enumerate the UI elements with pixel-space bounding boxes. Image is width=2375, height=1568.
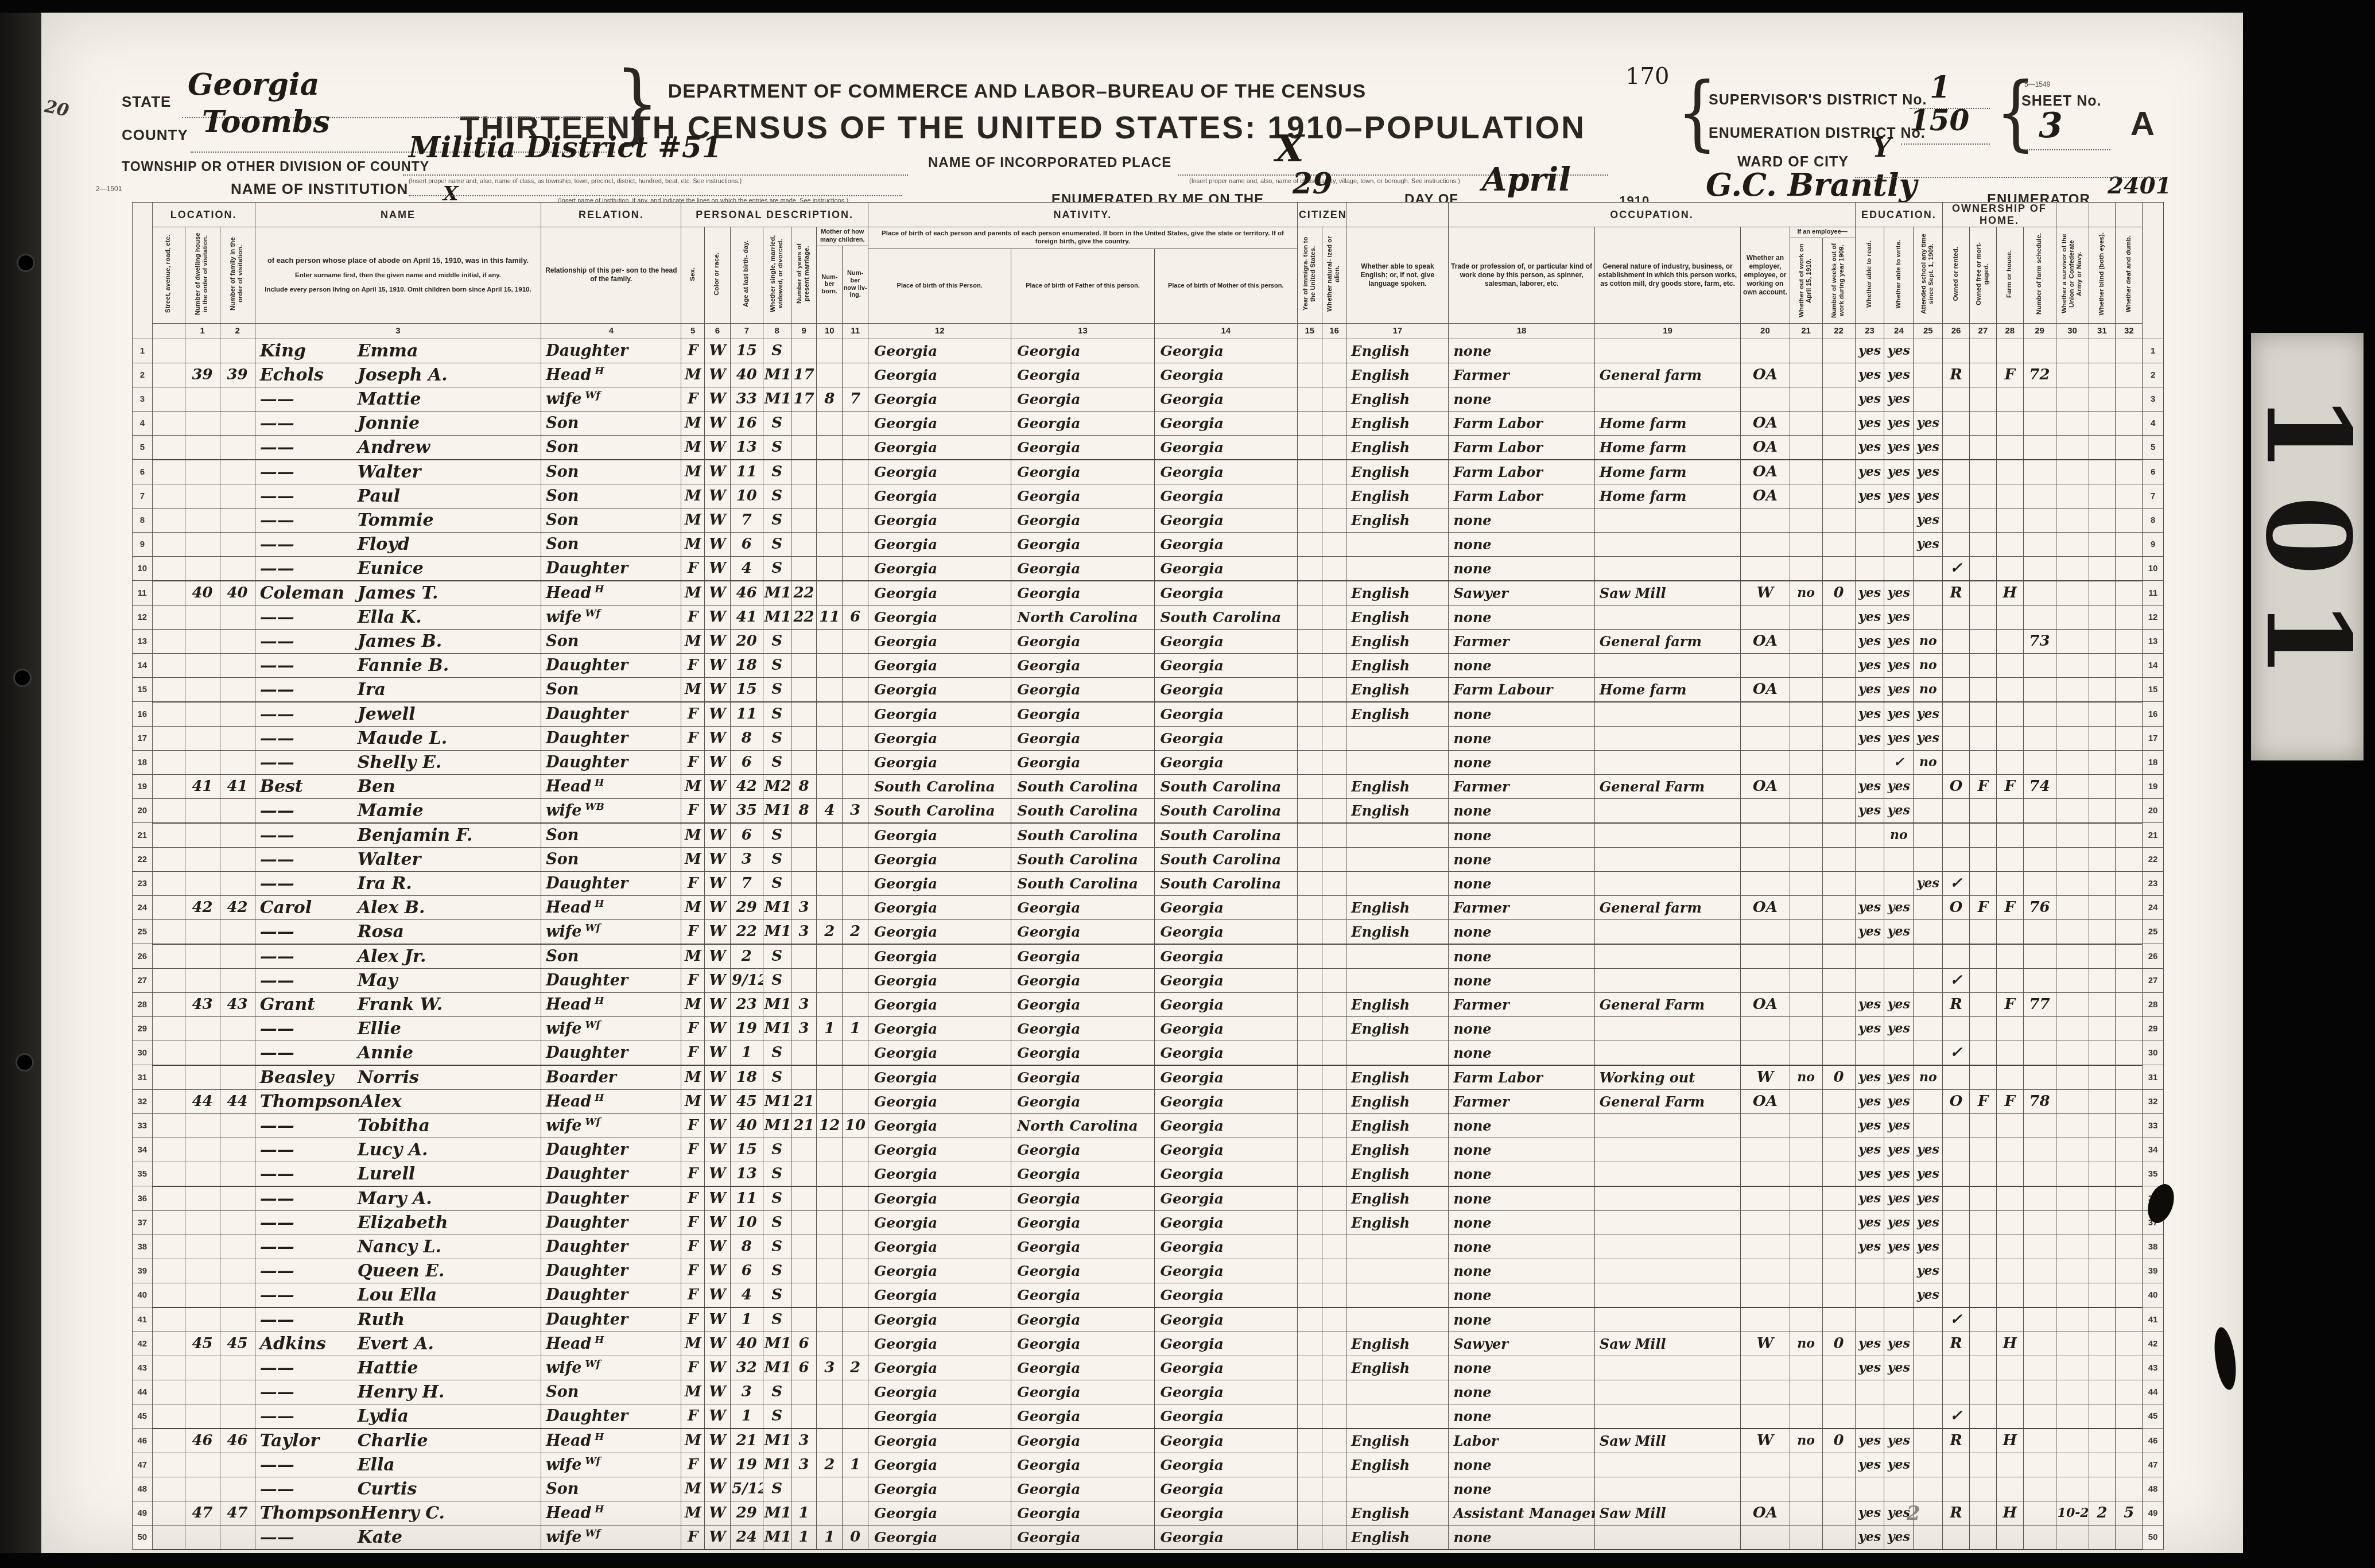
cell-ms: S xyxy=(763,847,791,871)
cell-tr: none xyxy=(1449,605,1594,629)
cell-pm: South Carolina xyxy=(1154,823,1297,848)
cell-given-name: Ira R. xyxy=(358,874,412,894)
cell-fh xyxy=(1996,677,2023,702)
cell-fh xyxy=(1996,653,2023,677)
cell-wr xyxy=(1884,1380,1914,1404)
cell-tr: none xyxy=(1449,847,1594,871)
township-value: Militia District #51 xyxy=(409,130,722,164)
cell-ag: 6 xyxy=(730,823,763,848)
cell-emp xyxy=(1741,1016,1790,1041)
line-number-left: 32 xyxy=(133,1089,153,1113)
column-group-label: LOCATION. xyxy=(152,203,255,227)
cell-sx: F xyxy=(681,871,705,895)
column-description: Trade or profession of, or particular ki… xyxy=(1449,227,1594,324)
cell-ag: 18 xyxy=(730,1065,763,1090)
column-number: 2 xyxy=(220,323,255,339)
cell-cb: 2 xyxy=(817,1453,843,1477)
cell-pb: Georgia xyxy=(868,1429,1011,1453)
cell-na xyxy=(1322,774,1346,798)
cell-dw xyxy=(185,339,220,363)
cell-im xyxy=(1297,1210,1322,1235)
line-number-right: 31 xyxy=(2143,1065,2164,1090)
cell-rel: Son xyxy=(541,677,681,702)
cell-ms: S xyxy=(763,1065,791,1090)
cell-given-name: Fannie B. xyxy=(358,655,449,676)
cell-rel: Son xyxy=(541,532,681,556)
cell-tr: Sawyer xyxy=(1449,581,1594,606)
cell-cb xyxy=(817,1429,843,1453)
cell-sv xyxy=(2056,629,2089,653)
cell-wk xyxy=(1822,339,1855,363)
cell-pf: Georgia xyxy=(1011,1210,1154,1235)
census-row: 23939EcholsJoseph A.HeadHMW40M117Georgia… xyxy=(133,363,2164,387)
ward-line xyxy=(1855,177,2165,178)
cell-en: English xyxy=(1346,411,1449,435)
cell-fh xyxy=(1996,1016,2023,1041)
cell-ow xyxy=(1790,460,1822,484)
cell-pf: Georgia xyxy=(1011,532,1154,556)
cell-given-name: Mamie xyxy=(358,801,424,821)
cell-sc xyxy=(1914,895,1943,919)
census-row: 43——HattiewifeWfFW32M1632GeorgiaGeorgiaG… xyxy=(133,1356,2164,1380)
cell-fm xyxy=(1970,1041,1997,1065)
cell-rel: Daughter xyxy=(541,1235,681,1259)
cell-hm xyxy=(1943,1380,1970,1404)
cell-wk xyxy=(1822,992,1855,1016)
cell-na xyxy=(1322,677,1346,702)
cell-fn xyxy=(2023,1477,2056,1501)
cell-rel: HeadH xyxy=(541,1501,681,1525)
cell-fam xyxy=(220,1162,255,1186)
enumerator-signature: G.C. Brantly xyxy=(1706,166,1917,203)
cell-fh xyxy=(1996,702,2023,727)
cell-pf: Georgia xyxy=(1011,1016,1154,1041)
column-description: Whether deaf and dumb. xyxy=(2116,227,2143,324)
cell-ind xyxy=(1594,702,1740,727)
cell-ym: 17 xyxy=(791,363,817,387)
cell-sx: M xyxy=(681,1477,705,1501)
cell-ym: 8 xyxy=(791,798,817,823)
cell-ow xyxy=(1790,1113,1822,1138)
cell-ms: M1 xyxy=(763,1501,791,1525)
cell-ym: 6 xyxy=(791,1356,817,1380)
cell-surname: King xyxy=(260,341,358,361)
cell-dd xyxy=(2116,919,2143,944)
cell-fm xyxy=(1970,1259,1997,1283)
cell-sx: F xyxy=(681,1016,705,1041)
cell-pf: South Carolina xyxy=(1011,823,1154,848)
ward-label: WARD OF CITY xyxy=(1737,154,1849,170)
cell-sx: F xyxy=(681,1404,705,1429)
cell-rel: Daughter xyxy=(541,1138,681,1162)
cell-fm xyxy=(1970,1501,1997,1525)
cell-wr: yes xyxy=(1884,677,1914,702)
cell-cv xyxy=(843,1235,868,1259)
cell-emp xyxy=(1741,1380,1790,1404)
cell-rd: yes xyxy=(1855,411,1884,435)
cell-wk xyxy=(1822,1501,1855,1525)
cell-cb xyxy=(817,629,843,653)
cell-emp xyxy=(1741,1210,1790,1235)
cell-ind: General farm xyxy=(1594,629,1740,653)
cell-hm xyxy=(1943,629,1970,653)
cell-name: ——Tommie xyxy=(255,508,541,532)
cell-name: ——Ruth xyxy=(255,1307,541,1332)
cell-ym: 22 xyxy=(791,605,817,629)
cell-fam xyxy=(220,1356,255,1380)
cell-bd xyxy=(2089,823,2116,848)
cell-hm: O xyxy=(1943,895,1970,919)
cell-pb: Georgia xyxy=(868,1283,1011,1307)
column-description: Owned free or mort- gaged. xyxy=(1970,227,1997,324)
cell-na xyxy=(1322,992,1346,1016)
cell-ym xyxy=(791,484,817,508)
cell-st xyxy=(152,1501,185,1525)
cell-fn xyxy=(2023,1453,2056,1477)
cell-pm: Georgia xyxy=(1154,726,1297,750)
sheet-letter: A xyxy=(2130,104,2155,143)
cell-cb xyxy=(817,411,843,435)
cell-fh xyxy=(1996,871,2023,895)
cell-cb xyxy=(817,726,843,750)
cell-fn xyxy=(2023,1186,2056,1211)
cell-sv xyxy=(2056,532,2089,556)
cell-given-name: Paul xyxy=(358,486,400,506)
cell-st xyxy=(152,1259,185,1283)
cell-pb: Georgia xyxy=(868,653,1011,677)
column-group-label: EDUCATION. xyxy=(1855,203,1943,227)
cell-rel: Son xyxy=(541,1477,681,1501)
cell-fh xyxy=(1996,798,2023,823)
cell-wr: yes xyxy=(1884,798,1914,823)
cell-na xyxy=(1322,581,1346,606)
cell-dd xyxy=(2116,387,2143,411)
cell-tr: none xyxy=(1449,823,1594,848)
cell-cb: 11 xyxy=(817,605,843,629)
cell-na xyxy=(1322,1113,1346,1138)
cell-name: ——Ellie xyxy=(255,1016,541,1041)
cell-cv xyxy=(843,629,868,653)
cell-na xyxy=(1322,435,1346,460)
cell-fm xyxy=(1970,363,1997,387)
cell-name: BestBen xyxy=(255,774,541,798)
cell-bd xyxy=(2089,339,2116,363)
cell-na xyxy=(1322,1477,1346,1501)
cell-sx: M xyxy=(681,1332,705,1356)
line-number-right: 19 xyxy=(2143,774,2164,798)
cell-bd xyxy=(2089,1113,2116,1138)
cell-tr: Farmer xyxy=(1449,992,1594,1016)
cell-cb xyxy=(817,750,843,774)
cell-tr: Farmer xyxy=(1449,895,1594,919)
cell-dw xyxy=(185,919,220,944)
cell-ind xyxy=(1594,1356,1740,1380)
cell-ms: M1 xyxy=(763,798,791,823)
cell-cl: W xyxy=(705,605,731,629)
cell-emp xyxy=(1741,605,1790,629)
cell-dw xyxy=(185,798,220,823)
cell-fam: 41 xyxy=(220,774,255,798)
mother-of-children-header: Mother of how many children.Num- ber bor… xyxy=(817,227,868,324)
cell-cv xyxy=(843,1283,868,1307)
cell-dd xyxy=(2116,1113,2143,1138)
cell-fn xyxy=(2023,435,2056,460)
cell-bd xyxy=(2089,653,2116,677)
line-number-right: 22 xyxy=(2143,847,2164,871)
cell-ind: Working out xyxy=(1594,1065,1740,1090)
column-description: Age at last birth- day. xyxy=(730,227,763,324)
cell-hm: ✓ xyxy=(1943,1404,1970,1429)
column-description: Whether a survivor of the Union or Confe… xyxy=(2056,227,2089,324)
cell-en xyxy=(1346,1041,1449,1065)
cell-fn xyxy=(2023,919,2056,944)
cell-dd xyxy=(2116,1186,2143,1211)
cell-fam xyxy=(220,1525,255,1550)
cell-ag: 41 xyxy=(730,605,763,629)
cell-pb: Georgia xyxy=(868,1016,1011,1041)
cell-fn xyxy=(2023,798,2056,823)
cell-emp xyxy=(1741,1162,1790,1186)
cell-pf: Georgia xyxy=(1011,968,1154,992)
cell-sc: yes xyxy=(1914,702,1943,727)
census-row: 5——AndrewSonMW13SGeorgiaGeorgiaGeorgiaEn… xyxy=(133,435,2164,460)
cell-name: ——Shelly E. xyxy=(255,750,541,774)
cell-name: ——Floyd xyxy=(255,532,541,556)
cell-hm: ✓ xyxy=(1943,871,1970,895)
cell-cb xyxy=(817,484,843,508)
cell-rd xyxy=(1855,944,1884,969)
cell-wk xyxy=(1822,871,1855,895)
cell-en: English xyxy=(1346,605,1449,629)
cell-fam xyxy=(220,1307,255,1332)
cell-emp: W xyxy=(1741,1429,1790,1453)
cell-fh xyxy=(1996,1162,2023,1186)
cell-cl: W xyxy=(705,1307,731,1332)
hole-punch xyxy=(15,670,30,685)
cell-na xyxy=(1322,919,1346,944)
cell-dd xyxy=(2116,460,2143,484)
cell-dw xyxy=(185,1016,220,1041)
cell-cl: W xyxy=(705,1162,731,1186)
cell-name: TaylorCharlie xyxy=(255,1429,541,1453)
cell-pb: Georgia xyxy=(868,532,1011,556)
cell-ms: M1 xyxy=(763,1016,791,1041)
cell-en: English xyxy=(1346,435,1449,460)
cell-na xyxy=(1322,871,1346,895)
cell-dw: 40 xyxy=(185,581,220,606)
cell-hm xyxy=(1943,1162,1970,1186)
cell-sx: F xyxy=(681,653,705,677)
cell-fm xyxy=(1970,871,1997,895)
cell-wk xyxy=(1822,726,1855,750)
cell-fm xyxy=(1970,1283,1997,1307)
cell-en xyxy=(1346,944,1449,969)
cell-ms: S xyxy=(763,702,791,727)
cell-wk xyxy=(1822,1210,1855,1235)
cell-given-name: Mary A. xyxy=(358,1189,432,1209)
cell-given-name: Kate xyxy=(358,1527,402,1547)
cell-cb xyxy=(817,460,843,484)
cell-ind xyxy=(1594,750,1740,774)
cell-sx: M xyxy=(681,1380,705,1404)
cell-im xyxy=(1297,556,1322,581)
cell-fn xyxy=(2023,339,2056,363)
cell-hm xyxy=(1943,677,1970,702)
cell-dd xyxy=(2116,726,2143,750)
cell-ag: 40 xyxy=(730,363,763,387)
cell-pb: Georgia xyxy=(868,508,1011,532)
cell-dw xyxy=(185,871,220,895)
cell-ow: no xyxy=(1790,1332,1822,1356)
cell-bd xyxy=(2089,992,2116,1016)
cell-dd xyxy=(2116,1380,2143,1404)
cell-sx: M xyxy=(681,895,705,919)
cell-cl: W xyxy=(705,750,731,774)
cell-fn xyxy=(2023,605,2056,629)
cell-relation-code: H xyxy=(595,1334,604,1346)
line-number-left: 24 xyxy=(133,895,153,919)
cell-ms: M1 xyxy=(763,1525,791,1550)
line-number-right: 6 xyxy=(2143,460,2164,484)
line-number-header xyxy=(2143,203,2164,339)
cell-st xyxy=(152,508,185,532)
line-number-right: 44 xyxy=(2143,1380,2164,1404)
cell-pf: Georgia xyxy=(1011,1477,1154,1501)
cell-cv xyxy=(843,774,868,798)
cell-pb: Georgia xyxy=(868,992,1011,1016)
cell-en: English xyxy=(1346,363,1449,387)
cell-st xyxy=(152,1525,185,1550)
cell-sc: yes xyxy=(1914,484,1943,508)
cell-fh xyxy=(1996,605,2023,629)
cell-cv xyxy=(843,581,868,606)
census-row: 44——Henry H.SonMW3SGeorgiaGeorgiaGeorgia… xyxy=(133,1380,2164,1404)
cell-dd xyxy=(2116,1138,2143,1162)
sheet-brace: { xyxy=(1996,65,2036,160)
cell-na xyxy=(1322,508,1346,532)
cell-ag: 40 xyxy=(730,1113,763,1138)
cell-st xyxy=(152,726,185,750)
cell-tr: none xyxy=(1449,1259,1594,1283)
cell-tr: Farmer xyxy=(1449,363,1594,387)
cell-hm xyxy=(1943,1356,1970,1380)
cell-emp xyxy=(1741,847,1790,871)
cell-dw: 42 xyxy=(185,895,220,919)
cell-cv xyxy=(843,992,868,1016)
cell-pb: Georgia xyxy=(868,1089,1011,1113)
cell-en xyxy=(1346,1235,1449,1259)
cell-sv xyxy=(2056,1404,2089,1429)
cell-sx: F xyxy=(681,1138,705,1162)
cell-ag: 29 xyxy=(730,1501,763,1525)
cell-fn xyxy=(2023,460,2056,484)
cell-wr: yes xyxy=(1884,1065,1914,1090)
cell-dd xyxy=(2116,508,2143,532)
column-description: Number of farm schedule. xyxy=(2023,227,2056,324)
cell-given-name: Rosa xyxy=(358,922,404,942)
cell-sv xyxy=(2056,460,2089,484)
cell-ym xyxy=(791,653,817,677)
column-description: Whether able to speak English; or, if no… xyxy=(1346,227,1449,324)
cell-surname: —— xyxy=(260,680,358,700)
line-number-left: 30 xyxy=(133,1041,153,1065)
cell-sc: yes xyxy=(1914,726,1943,750)
cell-bd xyxy=(2089,726,2116,750)
cell-emp xyxy=(1741,726,1790,750)
cell-cv xyxy=(843,750,868,774)
cell-ind: Home farm xyxy=(1594,411,1740,435)
cell-cv xyxy=(843,339,868,363)
cell-ow xyxy=(1790,1525,1822,1550)
cell-ow xyxy=(1790,629,1822,653)
cell-st xyxy=(152,895,185,919)
cell-hm xyxy=(1943,1210,1970,1235)
cell-ind xyxy=(1594,847,1740,871)
cell-pf: Georgia xyxy=(1011,1041,1154,1065)
cell-dd xyxy=(2116,1089,2143,1113)
cell-hm xyxy=(1943,508,1970,532)
census-row: 39——Queen E.DaughterFW6SGeorgiaGeorgiaGe… xyxy=(133,1259,2164,1283)
cell-sc xyxy=(1914,339,1943,363)
cell-bd xyxy=(2089,1307,2116,1332)
cell-ms: M1 xyxy=(763,1429,791,1453)
cell-given-name: Shelly E. xyxy=(358,752,442,773)
cell-fam xyxy=(220,1477,255,1501)
cell-ow xyxy=(1790,1235,1822,1259)
cell-en: English xyxy=(1346,460,1449,484)
cell-dw xyxy=(185,653,220,677)
cell-ag: 23 xyxy=(730,992,763,1016)
cell-pf: Georgia xyxy=(1011,1138,1154,1162)
cell-na xyxy=(1322,823,1346,848)
cell-wk xyxy=(1822,1404,1855,1429)
cell-wk: 0 xyxy=(1822,1332,1855,1356)
cell-fh xyxy=(1996,1525,2023,1550)
line-number-left: 13 xyxy=(133,629,153,653)
census-row: 10——EuniceDaughterFW4SGeorgiaGeorgiaGeor… xyxy=(133,556,2164,581)
cell-rd: yes xyxy=(1855,1356,1884,1380)
cell-ym: 6 xyxy=(791,1332,817,1356)
cell-sx: F xyxy=(681,750,705,774)
cell-emp xyxy=(1741,1186,1790,1211)
cell-sx: M xyxy=(681,1065,705,1090)
column-group-label: CITIZENSHIP. xyxy=(1297,203,1346,227)
cell-pm: Georgia xyxy=(1154,1065,1297,1090)
cell-pb: Georgia xyxy=(868,1065,1011,1090)
cell-hm xyxy=(1943,339,1970,363)
cell-cb xyxy=(817,992,843,1016)
cell-ind xyxy=(1594,1016,1740,1041)
cell-ms: S xyxy=(763,460,791,484)
cell-na xyxy=(1322,1501,1346,1525)
cell-ym: 3 xyxy=(791,992,817,1016)
cell-en: English xyxy=(1346,1210,1449,1235)
cell-dd xyxy=(2116,702,2143,727)
cell-ym xyxy=(791,1065,817,1090)
cell-ow xyxy=(1790,677,1822,702)
cell-dd xyxy=(2116,435,2143,460)
cell-sv xyxy=(2056,726,2089,750)
county-label: COUNTY xyxy=(122,126,188,144)
cell-ow xyxy=(1790,968,1822,992)
incorporated-label: NAME OF INCORPORATED PLACE xyxy=(928,155,1171,171)
cell-dd xyxy=(2116,895,2143,919)
cell-fm xyxy=(1970,1210,1997,1235)
cell-dd xyxy=(2116,484,2143,508)
cell-ag: 24 xyxy=(730,1525,763,1550)
cell-surname: —— xyxy=(260,1406,358,1426)
cell-sv xyxy=(2056,1283,2089,1307)
